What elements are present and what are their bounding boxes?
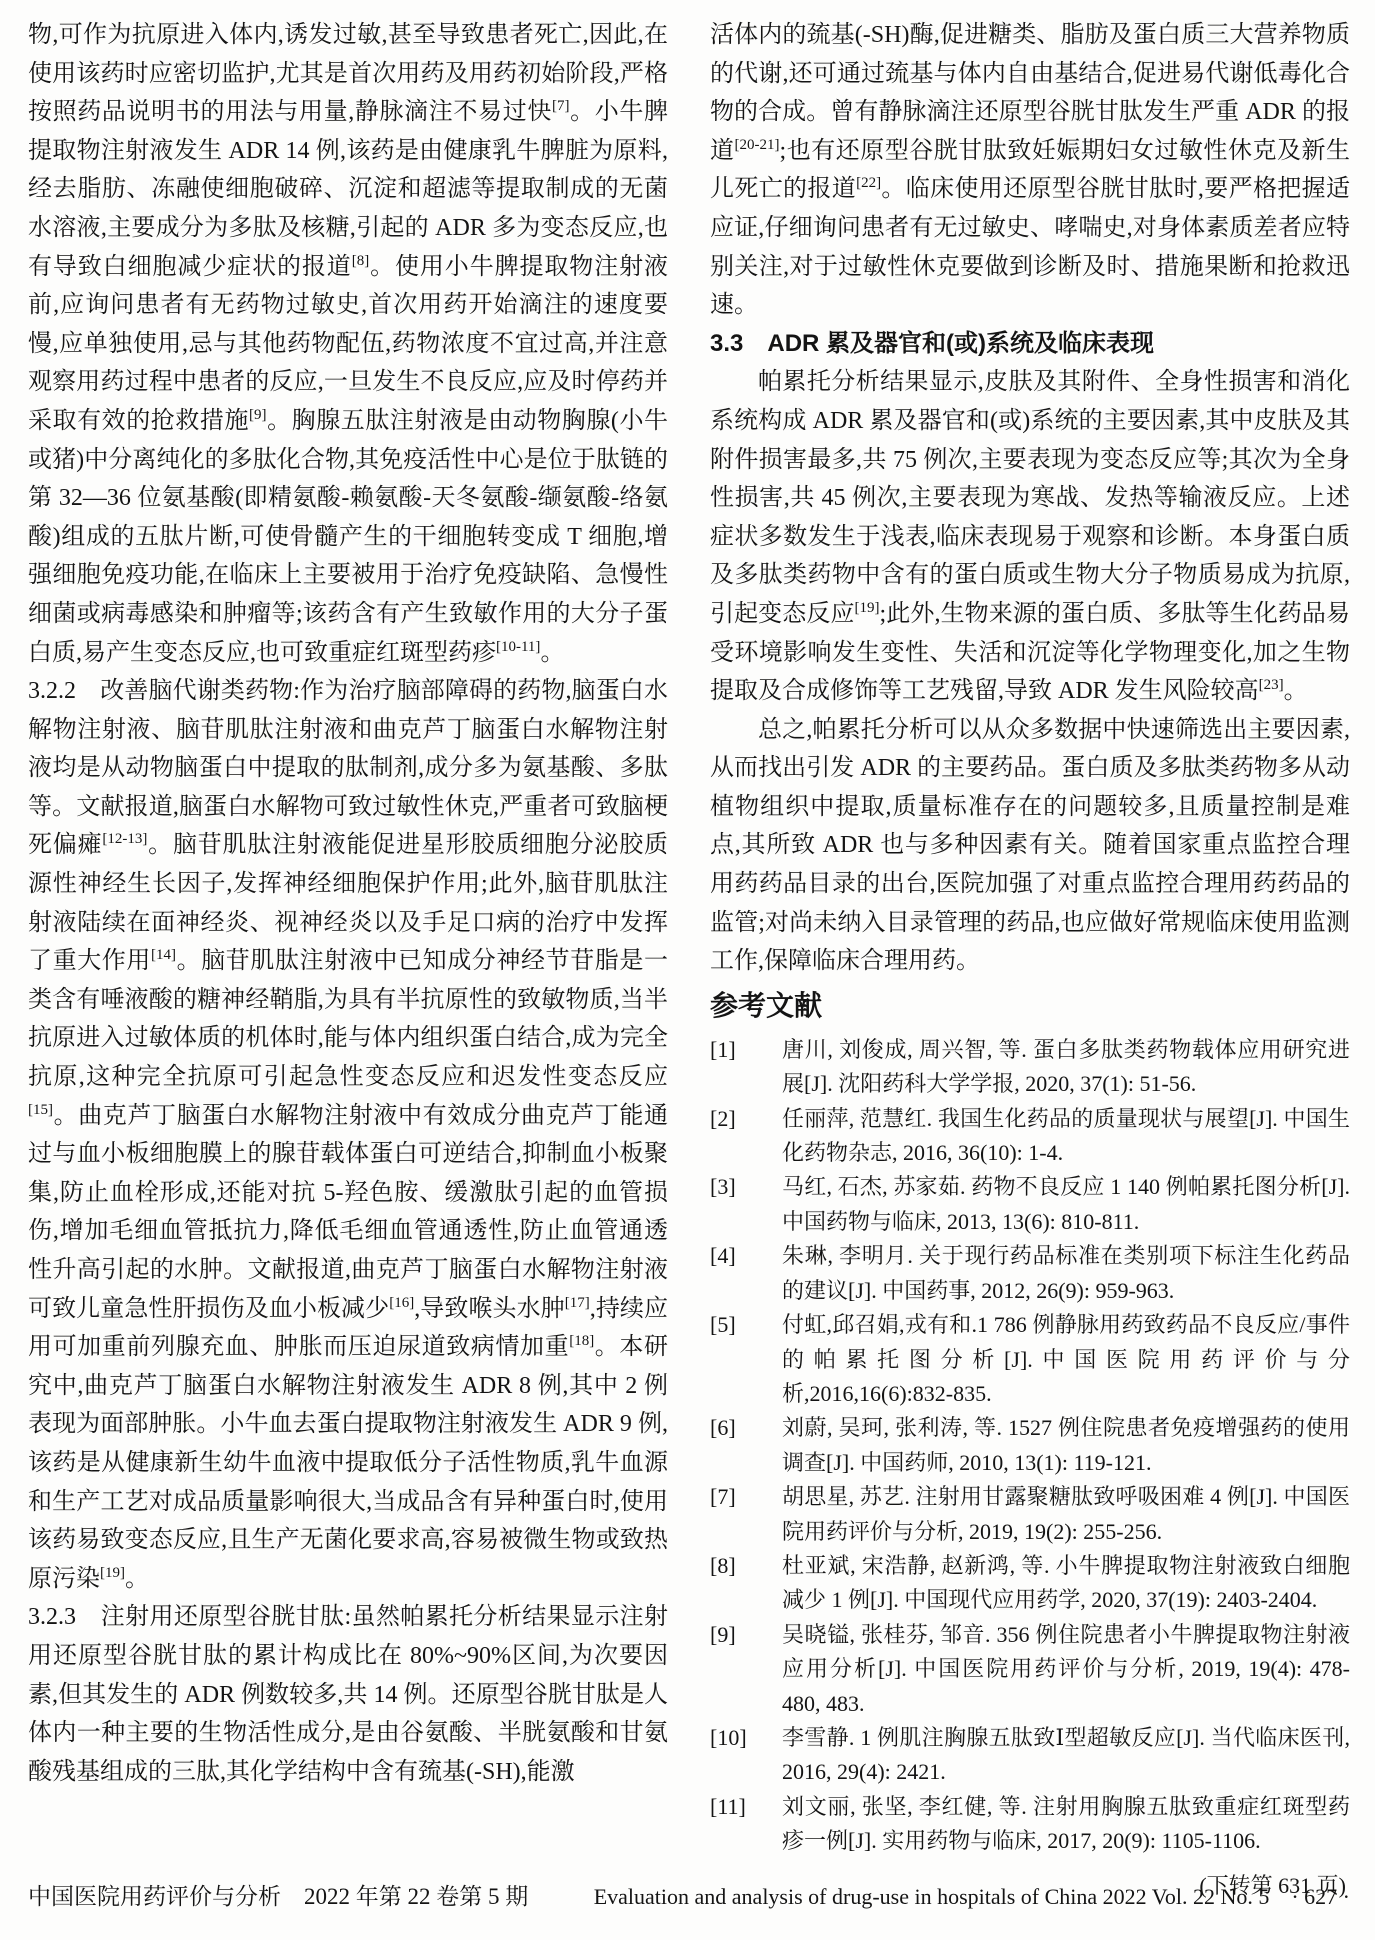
continued-paragraph: 活体内的巯基(-SH)酶,促进糖类、脂肪及蛋白质三大营养物质的代谢,还可通过巯基…: [710, 16, 1350, 325]
reference-number: [11]: [710, 1790, 782, 1859]
citation-superscript: [19]: [855, 600, 880, 616]
reference-text: 刘文丽, 张坚, 李红健, 等. 注射用胸腺五肽致重症红斑型药疹一例[J]. 实…: [782, 1790, 1350, 1859]
reference-number: [4]: [710, 1239, 782, 1308]
reference-item: [8]杜亚斌, 宋浩静, 赵新鸿, 等. 小牛脾提取物注射液致白细胞减少 1 例…: [710, 1549, 1350, 1618]
two-column-layout: 物,可作为抗原进入体内,诱发过敏,甚至导致患者死亡,因此,在使用该药时应密切监护…: [28, 16, 1350, 1903]
citation-superscript: [9]: [249, 407, 267, 423]
reference-item: [6]刘蔚, 吴珂, 张利涛, 等. 1527 例住院患者免疫增强药的使用调查[…: [710, 1411, 1350, 1480]
reference-text: 朱琳, 李明月. 关于现行药品标准在类别项下标注生化药品的建议[J]. 中国药事…: [782, 1239, 1350, 1308]
citation-superscript: [12-13]: [102, 831, 147, 847]
references-heading: 参考文献: [710, 989, 1350, 1023]
citation-superscript: [18]: [569, 1333, 594, 1349]
reference-text: 吴晓镒, 张桂芬, 邹音. 356 例住院患者小牛脾提取物注射液应用分析[J].…: [782, 1618, 1350, 1721]
reference-text: 胡思星, 苏艺. 注射用甘露聚糖肽致呼吸困难 4 例[J]. 中国医院用药评价与…: [782, 1480, 1350, 1549]
citation-superscript: [15]: [28, 1102, 53, 1118]
left-column: 物,可作为抗原进入体内,诱发过敏,甚至导致患者死亡,因此,在使用该药时应密切监护…: [28, 16, 668, 1903]
reference-item: [5]付虹,邱召娟,戎有和.1 786 例静脉用药致药品不良反应/事件的帕累托图…: [710, 1308, 1350, 1411]
reference-item: [10]李雪静. 1 例肌注胸腺五肽致Ⅰ型超敏反应[J]. 当代临床医刊, 20…: [710, 1721, 1350, 1790]
citation-superscript: [19]: [100, 1565, 125, 1581]
reference-text: 付虹,邱召娟,戎有和.1 786 例静脉用药致药品不良反应/事件的帕累托图分析[…: [782, 1308, 1350, 1411]
reference-item: [3]马红, 石杰, 苏家茹. 药物不良反应 1 140 例帕累托图分析[J].…: [710, 1170, 1350, 1239]
reference-item: [7]胡思星, 苏艺. 注射用甘露聚糖肽致呼吸困难 4 例[J]. 中国医院用药…: [710, 1480, 1350, 1549]
reference-number: [5]: [710, 1308, 782, 1411]
reference-number: [2]: [710, 1102, 782, 1171]
reference-number: [7]: [710, 1480, 782, 1549]
citation-superscript: [7]: [552, 98, 570, 114]
section-3-3-heading: 3.3 ADR 累及器官和(或)系统及临床表现: [710, 325, 1350, 364]
reference-number: [6]: [710, 1411, 782, 1480]
section-3-2-3: 3.2.3 注射用还原型谷胱甘肽:虽然帕累托分析结果显示注射用还原型谷胱甘肽的累…: [28, 1598, 668, 1791]
citation-superscript: [8]: [352, 253, 370, 269]
reference-number: [8]: [710, 1549, 782, 1618]
reference-number: [3]: [710, 1170, 782, 1239]
citation-superscript: [22]: [856, 175, 881, 191]
reference-text: 任丽萍, 范慧红. 我国生化药品的质量现状与展望[J]. 中国生化药物杂志, 2…: [782, 1102, 1350, 1171]
reference-text: 杜亚斌, 宋浩静, 赵新鸿, 等. 小牛脾提取物注射液致白细胞减少 1 例[J]…: [782, 1549, 1350, 1618]
citation-superscript: [17]: [565, 1295, 590, 1311]
reference-text: 刘蔚, 吴珂, 张利涛, 等. 1527 例住院患者免疫增强药的使用调查[J].…: [782, 1411, 1350, 1480]
reference-number: [1]: [710, 1033, 782, 1102]
reference-number: [10]: [710, 1721, 782, 1790]
page-footer: 中国医院用药评价与分析 2022 年第 22 卷第 5 期 Evaluation…: [28, 1878, 1350, 1911]
citation-superscript: [14]: [151, 947, 176, 963]
journal-name-cn: 中国医院用药评价与分析 2022 年第 22 卷第 5 期: [28, 1878, 528, 1911]
citation-superscript: [10-11]: [496, 639, 540, 655]
reference-item: [11]刘文丽, 张坚, 李红健, 等. 注射用胸腺五肽致重症红斑型药疹一例[J…: [710, 1790, 1350, 1859]
citation-superscript: [16]: [389, 1295, 414, 1311]
reference-text: 李雪静. 1 例肌注胸腺五肽致Ⅰ型超敏反应[J]. 当代临床医刊, 2016, …: [782, 1721, 1350, 1790]
reference-number: [9]: [710, 1618, 782, 1721]
reference-text: 马红, 石杰, 苏家茹. 药物不良反应 1 140 例帕累托图分析[J]. 中国…: [782, 1170, 1350, 1239]
continued-paragraph: 物,可作为抗原进入体内,诱发过敏,甚至导致患者死亡,因此,在使用该药时应密切监护…: [28, 16, 668, 672]
right-column: 活体内的巯基(-SH)酶,促进糖类、脂肪及蛋白质三大营养物质的代谢,还可通过巯基…: [710, 16, 1350, 1903]
section-3-2-2: 3.2.2 改善脑代谢类药物:作为治疗脑部障碍的药物,脑蛋白水解物注射液、脑苷肌…: [28, 672, 668, 1598]
reference-item: [4]朱琳, 李明月. 关于现行药品标准在类别项下标注生化药品的建议[J]. 中…: [710, 1239, 1350, 1308]
journal-citation-en: Evaluation and analysis of drug-use in h…: [594, 1880, 1350, 1911]
journal-page: 物,可作为抗原进入体内,诱发过敏,甚至导致患者死亡,因此,在使用该药时应密切监护…: [0, 0, 1375, 1940]
reference-text: 唐川, 刘俊成, 周兴智, 等. 蛋白多肽类药物载体应用研究进展[J]. 沈阳药…: [782, 1033, 1350, 1102]
paragraph: 总之,帕累托分析可以从众多数据中快速筛选出主要因素,从而找出引发 ADR 的主要…: [710, 711, 1350, 981]
paragraph: 帕累托分析结果显示,皮肤及其附件、全身性损害和消化系统构成 ADR 累及器官和(…: [710, 363, 1350, 710]
citation-superscript: [20-21]: [735, 137, 780, 153]
reference-item: [9]吴晓镒, 张桂芬, 邹音. 356 例住院患者小牛脾提取物注射液应用分析[…: [710, 1618, 1350, 1721]
citation-superscript: [23]: [1259, 677, 1284, 693]
reference-item: [1]唐川, 刘俊成, 周兴智, 等. 蛋白多肽类药物载体应用研究进展[J]. …: [710, 1033, 1350, 1102]
reference-item: [2]任丽萍, 范慧红. 我国生化药品的质量现状与展望[J]. 中国生化药物杂志…: [710, 1102, 1350, 1171]
